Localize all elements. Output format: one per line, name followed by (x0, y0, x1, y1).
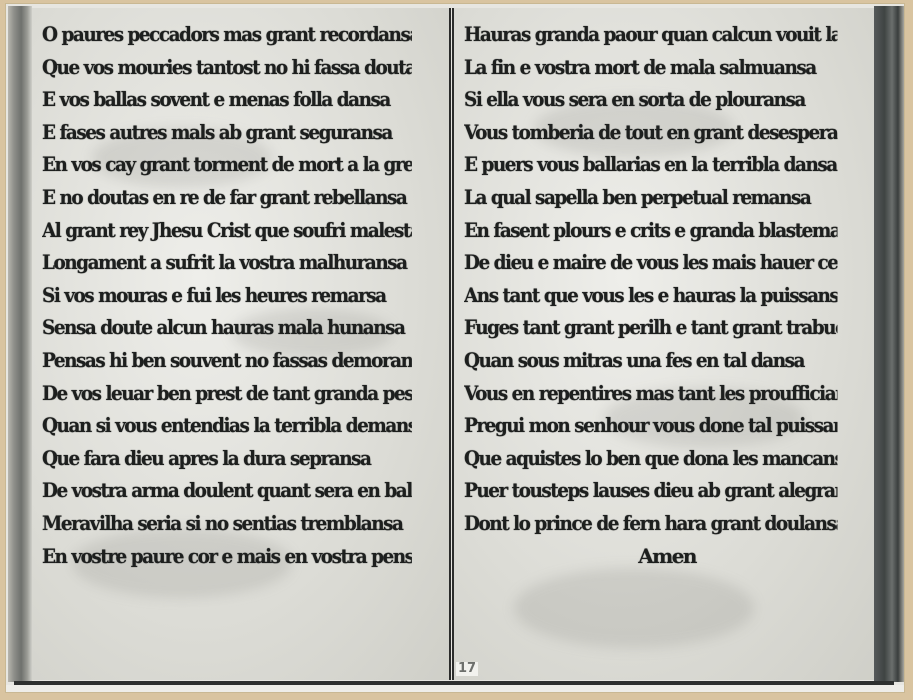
right-text-block: Hauras granda paour quan calcun vouit la… (464, 18, 870, 572)
text-line: Quan si vous entendias la terribla deman… (42, 409, 412, 442)
text-line: Al grant rey Jhesu Crist que soufri male… (42, 214, 412, 247)
text-line: Pensas hi ben souvent no fassas demorans… (42, 344, 412, 377)
text-line: Puer tousteps lauses dieu ab grant alegr… (464, 474, 838, 507)
text-line: Pregui mon senhour vous done tal puissan… (464, 409, 838, 442)
text-line: De vos leuar ben prest de tant granda pe… (42, 377, 412, 410)
text-line: De vostra arma doulent quant sera en bal… (42, 474, 412, 507)
page-number: 17 (456, 662, 478, 676)
photo-border-bottom (6, 685, 904, 692)
text-line: O paures peccadors mas grant recordansa (42, 18, 412, 51)
right-page: Hauras granda paour quan calcun vouit la… (452, 8, 876, 680)
text-line: E vos ballas sovent e menas folla dansa (42, 83, 412, 116)
text-line: La qual sapella ben perpetual remansa (464, 181, 838, 214)
text-line: Que aquistes lo ben que dona les mancans… (464, 442, 838, 475)
book-edge-right (874, 6, 904, 682)
text-line: Hauras granda paour quan calcun vouit la… (464, 18, 838, 51)
text-line: E fases autres mals ab grant seguransa (42, 116, 412, 149)
left-text-block: O paures peccadors mas grant recordansa … (42, 18, 444, 572)
closing-amen: Amen (464, 540, 870, 573)
text-line: Sensa doute alcun hauras mala hunansa (42, 311, 412, 344)
text-line: E no doutas en re de far grant rebellans… (42, 181, 412, 214)
text-line: Longament a sufrit la vostra malhuransa (42, 246, 412, 279)
text-line: Si ella vous sera en sorta de plouransa (464, 83, 838, 116)
text-line: Dont lo prince de fern hara grant doulan… (464, 507, 838, 540)
text-line: Vous tomberia de tout en grant desespera… (464, 116, 838, 149)
text-line: En fasent plours e crits e granda blaste… (464, 214, 838, 247)
text-line: Meravilha seria si no sentias tremblansa (42, 507, 412, 540)
stain (514, 568, 754, 648)
text-line: En vostre paure cor e mais en vostra pen… (42, 540, 412, 573)
text-line: La fin e vostra mort de mala salmuansa (464, 51, 838, 84)
text-line: Fuges tant grant perilh e tant grant tra… (464, 311, 838, 344)
left-page: O paures peccadors mas grant recordansa … (32, 8, 450, 680)
text-line: Que fara dieu apres la dura sepransa (42, 442, 412, 475)
text-line: Quan sous mitras una fes en tal dansa (464, 344, 838, 377)
gutter (449, 8, 451, 680)
text-line: Que vos mouries tantost no hi fassa dout… (42, 51, 412, 84)
text-line: Ans tant que vous les e hauras la puissa… (464, 279, 838, 312)
book-edge-left (8, 6, 32, 682)
text-line: De dieu e maire de vous les mais hauer c… (464, 246, 838, 279)
text-line: E puers vous ballarias en la terribla da… (464, 148, 838, 181)
text-line: Si vos mouras e fui les heures remarsa (42, 279, 412, 312)
text-line: En vos cay grant torment de mort a la gr… (42, 148, 412, 181)
text-line: Vous en repentires mas tant les prouffic… (464, 377, 838, 410)
